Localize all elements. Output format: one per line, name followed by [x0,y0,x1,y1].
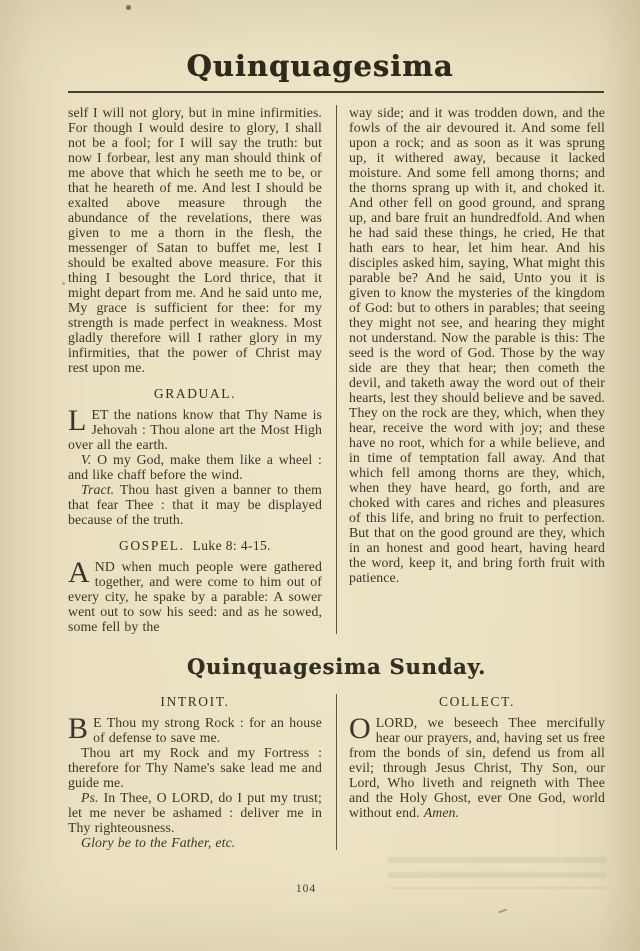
collect-body-text: LORD, we beseech Thee mercifully hear ou… [349,715,605,820]
gradual-verse: V. O my God, make them like a wheel : an… [68,452,322,482]
drop-cap-B: B [68,715,93,741]
two-column-section-top: self I will not glory, but in mine infir… [68,105,605,634]
running-head: Quinquagesima [0,0,640,83]
pencil-mark [498,909,507,914]
two-column-section-bottom: INTROIT. BE Thou my strong Rock : for an… [68,694,605,850]
gloria-patri-line: Glory be to the Father, etc. [68,835,322,850]
amen-text: Amen. [424,805,459,820]
drop-cap-L: L [68,407,91,433]
introit-verse: Thou art my Rock and my Fortress : there… [68,745,322,790]
gospel-paragraph-right: way side; and it was trodden down, and t… [349,105,605,585]
introit-antiphon: BE Thou my strong Rock : for an house of… [68,715,322,745]
header-rule [68,91,604,93]
introit-heading: INTROIT. [68,694,322,709]
introit-antiphon-text: E Thou my strong Rock : for an house of … [93,715,322,745]
gospel-body-left-text: ND when much people were gathered togeth… [68,559,322,634]
verse-label: V. [81,452,91,467]
tract-label: Tract. [81,482,114,497]
introit-psalm: Ps. In Thee, O LORD, do I put my trust; … [68,790,322,835]
sunday-section-heading: Quinquagesima Sunday. [68,654,605,679]
introit-column: INTROIT. BE Thou my strong Rock : for an… [68,694,322,850]
epistle-continuation-paragraph: self I will not glory, but in mine infir… [68,105,322,375]
verse-text: O my God, make them like a wheel : and l… [68,452,322,482]
collect-paragraph: OLORD, we beseech Thee mercifully hear o… [349,715,605,820]
column-divider-rule [336,694,337,850]
gradual-body-text: ET the nations know that Thy Name is Jeh… [68,407,322,452]
gradual-paragraph: LET the nations know that Thy Name is Je… [68,407,322,452]
gospel-paragraph-left: AND when much people were gathered toget… [68,559,322,634]
drop-cap-A: A [68,559,95,585]
collect-column: COLLECT. OLORD, we beseech Thee merciful… [349,694,605,850]
gradual-tract: Tract. Thou hast given a banner to them … [68,482,322,527]
left-column: self I will not glory, but in mine infir… [68,105,322,634]
column-divider-rule [336,105,337,634]
gospel-heading: GOSPEL.Luke 8: 4-15. [68,538,322,553]
right-column: way side; and it was trodden down, and t… [349,105,605,634]
gradual-heading: GRADUAL. [68,386,322,401]
gospel-heading-label: GOSPEL. [119,538,185,553]
book-page-scan: Quinquagesima self I will not glory, but… [0,0,640,951]
psalm-label: Ps. [81,790,99,805]
drop-cap-O: O [349,715,376,741]
gospel-reference: Luke 8: 4-15. [193,538,271,553]
page-number: 104 [0,883,612,895]
psalm-text: In Thee, O LORD, do I put my trust; let … [68,790,322,835]
paper-speck [62,282,65,285]
collect-heading: COLLECT. [349,694,605,709]
